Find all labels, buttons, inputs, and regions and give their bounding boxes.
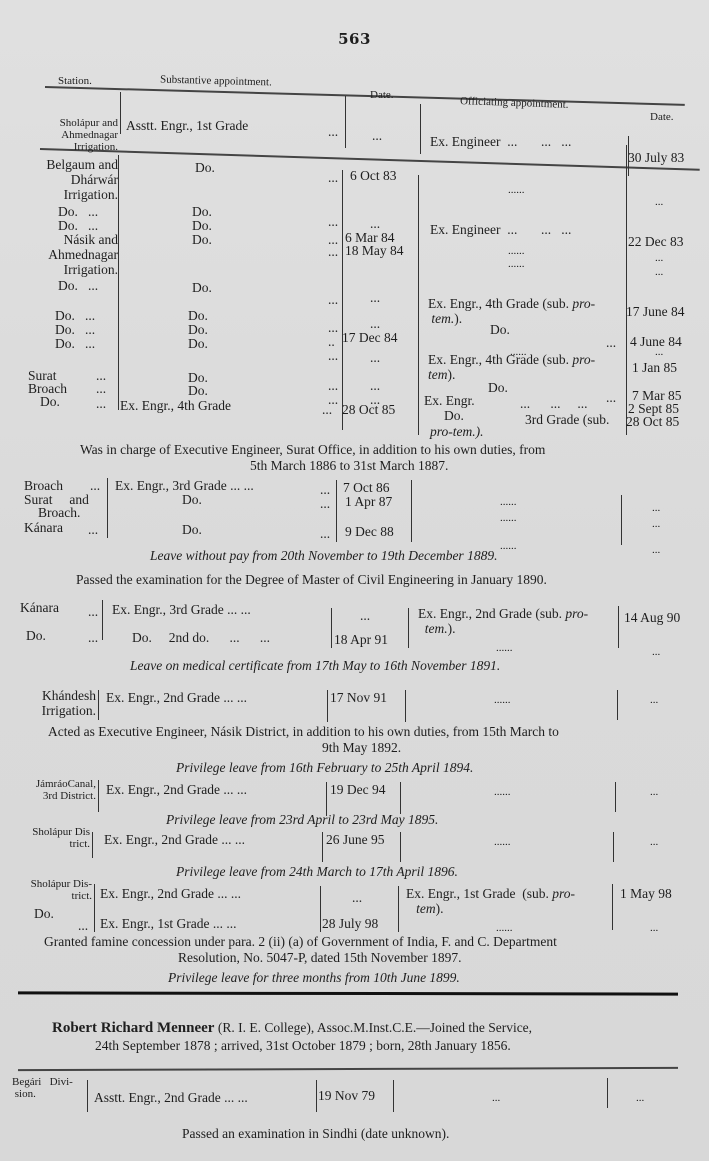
person-details: (R. I. E. College), Assoc.M.Inst.C.E.—Jo… — [218, 1020, 532, 1035]
col-rule — [617, 690, 618, 720]
date-cell: 1 Apr 87 — [345, 494, 392, 509]
col-rule — [607, 1078, 608, 1108]
note-text: Leave on medical certificate from 17th M… — [130, 658, 500, 673]
header-top-rule — [45, 86, 685, 105]
officiating-cell: Ex. Engineer ... ... ... — [430, 134, 571, 149]
col-rule — [326, 782, 327, 816]
date-cell: ... — [370, 350, 380, 365]
officiating-cell: ...... — [500, 512, 517, 524]
leader-dots: ... — [96, 396, 106, 411]
col-rule — [398, 886, 399, 932]
station-cell: Belgaum andDhárwárIrrigation. — [10, 157, 118, 202]
date-cell: 9 Dec 88 — [345, 524, 394, 539]
note-text: Leave without pay from 20th November to … — [150, 548, 497, 563]
col-rule — [345, 96, 346, 148]
date-cell: ... — [372, 128, 382, 143]
station-cell: Do. — [26, 628, 46, 643]
header-station: Station. — [58, 74, 92, 89]
leader-dots: ... — [328, 214, 338, 229]
note-text: Acted as Executive Engineer, Násik Distr… — [48, 724, 559, 739]
date-cell: 19 Nov 79 — [318, 1088, 375, 1103]
substantive-cell: Ex. Engr., 3rd Grade ... ... — [112, 602, 251, 617]
note-text: Was in charge of Executive Engineer, Sur… — [80, 442, 545, 457]
officiating-cell: Ex. Engr., 4th Grade (sub. pro- tem.). — [428, 296, 595, 326]
officiating-date-cell: 22 Dec 83 — [628, 234, 683, 249]
substantive-cell: Do. — [192, 280, 212, 295]
col-rule — [621, 495, 622, 545]
substantive-cell: Do. — [188, 308, 208, 323]
col-rule — [92, 832, 93, 858]
substantive-cell: Do. — [182, 492, 202, 507]
note-text: Granted famine concession under para. 2 … — [44, 934, 557, 949]
officiating-date-cell: ... — [652, 646, 660, 658]
station-cell: Do. — [40, 394, 60, 409]
note-text: Resolution, No. 5047-P, dated 15th Novem… — [178, 950, 461, 965]
person-name: Robert Richard Menneer — [52, 1020, 214, 1036]
substantive-cell: Ex. Engr., 2nd Grade ... ... — [106, 782, 247, 797]
station-cell: Do. ... — [55, 322, 95, 337]
officiating-date-cell: ... — [650, 836, 658, 848]
leader-dots: ... — [328, 244, 338, 259]
leader-dots: ... — [606, 335, 616, 350]
station-cell: Kánara — [20, 600, 59, 615]
note-text: Privilege leave from 16th February to 25… — [176, 760, 473, 775]
leader-dots: ... — [88, 522, 98, 537]
person-details: 24th September 1878 ; arrived, 31st Octo… — [95, 1038, 511, 1053]
date-cell: 19 Dec 94 — [330, 782, 385, 797]
col-rule — [613, 832, 614, 862]
substantive-cell: Do. 2nd do. ... ... — [132, 630, 270, 645]
officiating-cell: Ex. Engr., 4th Grade (sub. pro-tem). — [428, 352, 595, 382]
header-bottom-rule — [40, 148, 700, 170]
officiating-cell: ...... — [494, 836, 511, 848]
officiating-date-cell: 17 June 84 — [626, 304, 685, 319]
officiating-date-cell: ... — [655, 266, 663, 278]
officiating-cell: Do. — [444, 408, 464, 423]
date-cell: 28 Oct 85 — [342, 402, 395, 417]
date-cell: ... — [360, 608, 370, 623]
leader-dots: ... — [88, 630, 98, 645]
leader-dots: ... — [96, 381, 106, 396]
officiating-cell: ...... — [500, 496, 517, 508]
substantive-cell: Do. — [192, 204, 212, 219]
substantive-cell: Do. — [188, 383, 208, 398]
date-cell: ... — [370, 316, 380, 331]
station-cell: Sholápur District. — [2, 826, 90, 850]
officiating-cell: 3rd Grade (sub. — [525, 412, 609, 427]
col-rule — [98, 690, 99, 720]
station-cell: Do. ... — [55, 308, 95, 323]
col-rule — [342, 170, 343, 430]
station-cell: JámráoCanal,3rd District. — [2, 778, 96, 802]
date-cell: 26 June 95 — [326, 832, 385, 847]
col-rule — [107, 478, 108, 538]
col-rule — [331, 608, 332, 648]
substantive-cell: Do. — [188, 336, 208, 351]
officiating-cell: Ex. Engr., 1st Grade (sub. pro- tem). — [406, 886, 575, 916]
col-rule — [408, 608, 409, 648]
final-note: Passed an examination in Sindhi (date un… — [182, 1126, 449, 1141]
officiating-cell: ...... — [508, 258, 525, 270]
officiating-date-cell: ... — [652, 502, 660, 514]
officiating-cell: Do. — [488, 380, 508, 395]
col-rule — [400, 782, 401, 814]
officiating-cell: ...... — [508, 245, 525, 257]
col-rule — [418, 175, 419, 435]
person-heading: Robert Richard Menneer (R. I. E. College… — [52, 1020, 532, 1036]
officiating-cell: ... — [492, 1092, 500, 1104]
officiating-date-cell: 28 Oct 85 — [626, 414, 679, 429]
leader-dots: ... — [320, 482, 330, 497]
substantive-cell: Do. — [188, 322, 208, 337]
note-text: Passed the examination for the Degree of… — [76, 572, 547, 587]
officiating-cell: Ex. Engr. — [424, 393, 475, 408]
col-rule — [102, 600, 103, 640]
leader-dots: .. — [328, 334, 335, 349]
leader-dots: ... — [320, 526, 330, 541]
section-separator — [18, 991, 678, 995]
page-number: 563 — [0, 30, 709, 48]
substantive-cell: Ex. Engr., 2nd Grade ... ... — [104, 832, 245, 847]
col-rule — [612, 884, 613, 930]
substantive-cell: Asstt. Engr., 2nd Grade ... ... — [94, 1090, 248, 1105]
leader-dots: ... — [328, 378, 338, 393]
col-rule — [87, 1080, 88, 1112]
col-rule — [626, 145, 627, 435]
officiating-cell: Ex. Engineer ... ... ... — [430, 222, 571, 237]
officiating-date-cell: ... — [655, 252, 663, 264]
officiating-cell: Do. — [490, 322, 510, 337]
leader-dots: ... — [328, 292, 338, 307]
col-rule — [120, 92, 121, 134]
document-page: 563 Station. Substantive appointment. Da… — [0, 0, 709, 1161]
date-cell: 6 Oct 83 — [350, 168, 397, 183]
officiating-date-cell: ... — [636, 1092, 644, 1104]
officiating-cell: ...... — [508, 184, 525, 196]
col-rule — [316, 1080, 317, 1112]
col-rule — [336, 480, 337, 542]
col-rule — [405, 690, 406, 722]
substantive-cell: Ex. Engr., 1st Grade ... ... — [100, 916, 236, 931]
station-cell: Do. ... — [58, 218, 98, 233]
substantive-cell: Ex. Engr., 3rd Grade ... ... — [115, 478, 254, 493]
col-rule — [393, 1080, 394, 1112]
table-rule — [18, 1067, 678, 1071]
note-text: 5th March 1886 to 31st March 1887. — [250, 458, 448, 473]
station-cell: Sholápur andAhmednagarIrrigation. — [10, 117, 118, 153]
station-cell: Do. — [34, 906, 54, 921]
officiating-date-cell: ... — [655, 346, 663, 358]
note-text: 9th May 1892. — [322, 740, 401, 755]
officiating-cell: ...... — [494, 694, 511, 706]
col-rule — [327, 690, 328, 722]
station-cell: Do. ... — [58, 204, 98, 219]
officiating-cell: ...... — [494, 786, 511, 798]
station-cell: Násik andAhmednagarIrrigation. — [10, 232, 118, 277]
leader-dots: ... — [322, 402, 332, 417]
substantive-cell: Do. — [192, 218, 212, 233]
col-rule — [618, 606, 619, 648]
officiating-date-cell: 1 May 98 — [620, 886, 672, 901]
officiating-date-cell: ... — [650, 922, 658, 934]
substantive-cell: Do. — [192, 232, 212, 247]
date-cell: 17 Dec 84 — [342, 330, 397, 345]
officiating-date-cell: ... — [652, 544, 660, 556]
date-cell: 7 Oct 86 — [343, 480, 390, 495]
header-date-2: Date. — [650, 110, 674, 125]
officiating-date-cell: ... — [650, 786, 658, 798]
leader-dots: ... — [328, 320, 338, 335]
station-cell: Broach. — [38, 505, 80, 520]
leader-dots: ... — [78, 918, 88, 933]
note-text: Privilege leave from 23rd April to 23rd … — [166, 812, 438, 827]
col-rule — [420, 104, 421, 154]
substantive-cell: Ex. Engr., 2nd Grade ... ... — [100, 886, 241, 901]
substantive-cell: Do. — [195, 160, 215, 175]
col-rule — [411, 480, 412, 542]
officiating-date-cell: ... — [652, 518, 660, 530]
station-cell: Broach — [24, 478, 63, 493]
date-cell: 17 Nov 91 — [330, 690, 387, 705]
col-rule — [322, 832, 323, 862]
officiating-date-cell: 14 Aug 90 — [624, 610, 680, 625]
officiating-cell: pro-tem.). — [430, 424, 484, 439]
header-date-1: Date. — [370, 88, 394, 103]
substantive-cell: Asstt. Engr., 1st Grade — [126, 118, 248, 133]
col-rule — [320, 886, 321, 932]
header-officiating: Officiating appointment. — [460, 94, 569, 113]
officiating-date-cell: ... — [655, 196, 663, 208]
col-rule — [400, 832, 401, 862]
officiating-date-cell: 30 July 83 — [628, 150, 684, 165]
station-cell: Begári Divi- sion. — [12, 1076, 73, 1100]
officiating-cell: Ex. Engr., 2nd Grade (sub. pro- tem.). — [418, 606, 588, 636]
substantive-cell: Do. — [182, 522, 202, 537]
note-text: Privilege leave from 24th March to 17th … — [176, 864, 458, 879]
officiating-cell: ...... — [496, 642, 513, 654]
leader-dots: ... — [328, 170, 338, 185]
station-cell: KhándeshIrrigation. — [4, 688, 96, 718]
date-cell: ... — [370, 216, 380, 231]
officiating-cell: ...... — [500, 540, 517, 552]
col-rule — [615, 782, 616, 812]
col-rule — [94, 884, 95, 932]
date-cell: 18 May 84 — [345, 243, 404, 258]
note-text: Privilege leave for three months from 10… — [168, 970, 460, 985]
date-cell: 28 July 98 — [322, 916, 378, 931]
substantive-cell: Ex. Engr., 2nd Grade ... ... — [106, 690, 247, 705]
officiating-date-cell: ... — [650, 694, 658, 706]
leader-dots: ... — [328, 348, 338, 363]
date-cell: ... — [370, 290, 380, 305]
leader-dots: ... — [328, 124, 338, 139]
officiating-date-cell: 1 Jan 85 — [632, 360, 677, 375]
station-cell: Do. ... — [58, 278, 98, 293]
leader-dots: ... ... ... — [520, 396, 588, 411]
leader-dots: ... — [320, 496, 330, 511]
leader-dots: ... — [88, 604, 98, 619]
station-cell: Do. ... — [55, 336, 95, 351]
date-cell: ... — [352, 890, 362, 905]
leader-dots: ... — [90, 478, 100, 493]
col-rule — [98, 780, 99, 812]
leader-dots: ... — [606, 390, 616, 405]
officiating-cell: ...... — [496, 922, 513, 934]
station-cell: Kánara — [24, 520, 63, 535]
header-substantive: Substantive appointment. — [160, 73, 272, 91]
station-cell: Sholápur Dis-trict. — [2, 878, 92, 902]
date-cell: 18 Apr 91 — [334, 632, 388, 647]
col-rule — [118, 155, 119, 410]
substantive-cell: Ex. Engr., 4th Grade — [120, 398, 231, 413]
date-cell: ... — [370, 378, 380, 393]
